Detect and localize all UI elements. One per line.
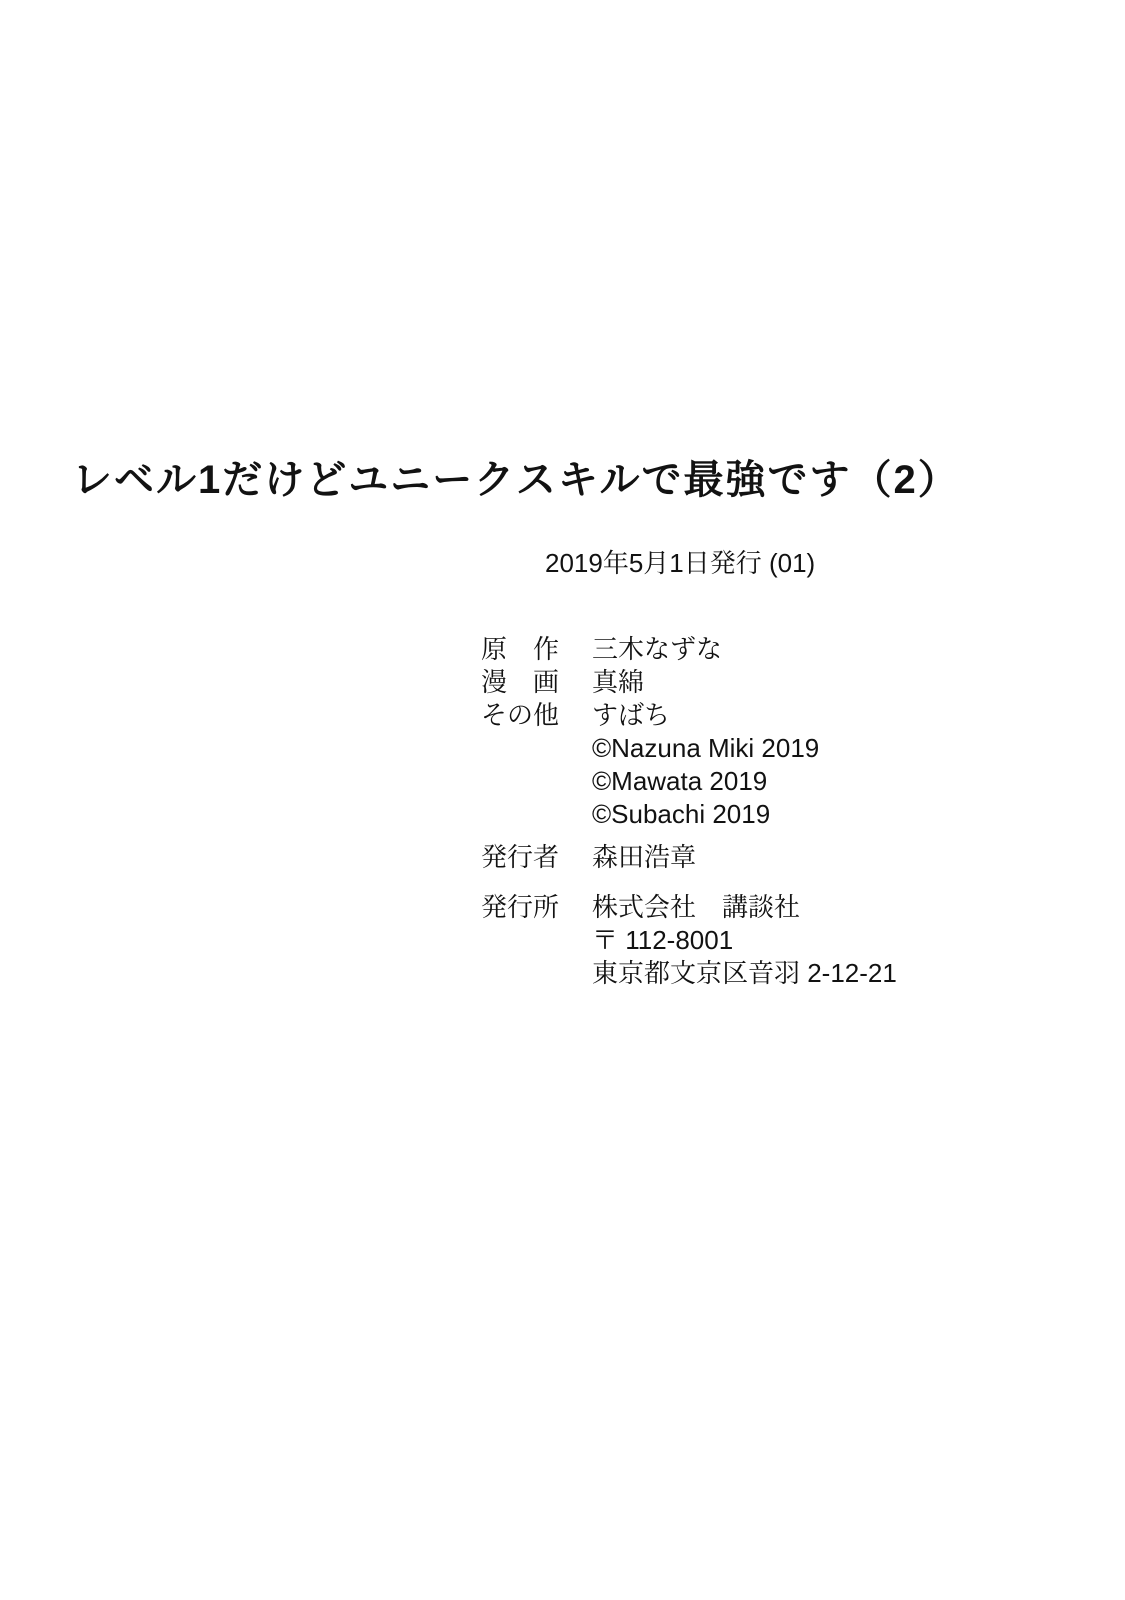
- postal-code: 〒 112-8001: [592, 924, 733, 957]
- publisher-company-label: 発行所: [481, 891, 592, 924]
- credits-section: 原 作 三木なずな 漫 画 真綿 その他 すばち ©Nazuna Miki 20…: [481, 633, 897, 831]
- credit-value: 三木なずな: [592, 633, 722, 666]
- credit-row-original-story: 原 作 三木なずな: [481, 633, 897, 666]
- credit-label: その他: [481, 699, 592, 732]
- colophon-page: { "page": { "title": "レベル1だけどユニークスキルで最強で…: [0, 0, 1125, 1600]
- copyright-text: ©Nazuna Miki 2019: [592, 732, 819, 765]
- address-row: 東京都文京区音羽 2-12-21: [481, 957, 897, 990]
- publication-date: 2019年5月1日発行 (01): [545, 547, 897, 580]
- credit-label: 漫 画: [481, 666, 592, 699]
- copyright-line: ©Subachi 2019: [481, 798, 897, 831]
- publisher-person-label: 発行者: [481, 841, 592, 874]
- publisher-company-section: 発行所 株式会社 講談社 〒 112-8001 東京都文京区音羽 2-12-21: [481, 891, 897, 990]
- address-line: 東京都文京区音羽 2-12-21: [592, 957, 897, 990]
- credit-row-other: その他 すばち: [481, 699, 897, 732]
- copyright-text: ©Subachi 2019: [592, 798, 770, 831]
- credit-row-manga: 漫 画 真綿: [481, 666, 897, 699]
- copyright-text: ©Mawata 2019: [592, 765, 767, 798]
- copyright-line: ©Mawata 2019: [481, 765, 897, 798]
- postal-code-row: 〒 112-8001: [481, 924, 897, 957]
- copyright-line: ©Nazuna Miki 2019: [481, 732, 897, 765]
- credit-value: すばち: [592, 699, 670, 732]
- publisher-person-row: 発行者 森田浩章: [481, 841, 897, 874]
- colophon-block: 2019年5月1日発行 (01) 原 作 三木なずな 漫 画 真綿 その他 すば…: [481, 547, 897, 990]
- publisher-company-row: 発行所 株式会社 講談社: [481, 891, 897, 924]
- credit-label: 原 作: [481, 633, 592, 666]
- publisher-person-name: 森田浩章: [592, 841, 696, 874]
- credit-value: 真綿: [592, 666, 644, 699]
- book-title: レベル1だけどユニークスキルで最強です（2）: [72, 448, 960, 505]
- publisher-company-name: 株式会社 講談社: [592, 891, 800, 924]
